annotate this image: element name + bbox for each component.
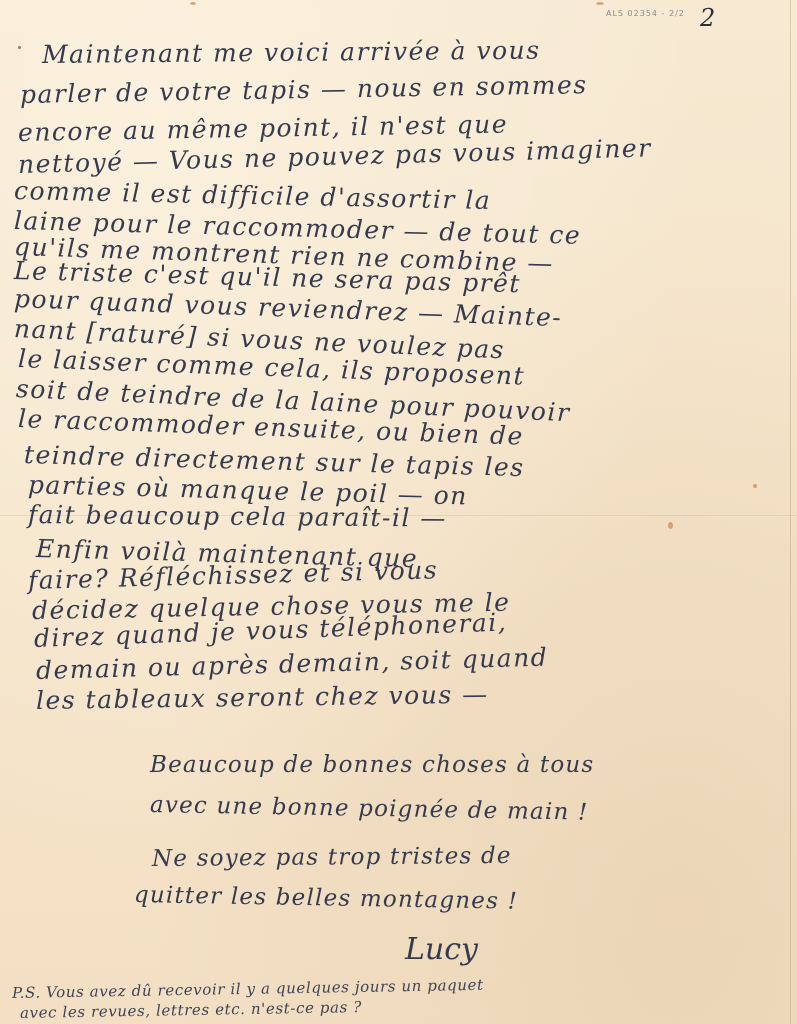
rust-stain bbox=[668, 522, 673, 529]
signature: Lucy bbox=[405, 932, 478, 967]
rust-stain bbox=[753, 484, 757, 488]
archive-reference: ALS 02354 - 2/2 bbox=[606, 9, 685, 18]
paper-fold-vertical bbox=[790, 0, 791, 1024]
page-number: 2 bbox=[700, 4, 715, 32]
closing-line: Beaucoup de bonnes choses à tous bbox=[150, 752, 594, 778]
closing-line: Ne soyez pas trop tristes de bbox=[152, 843, 512, 872]
body-line: fait beaucoup cela paraît-il — bbox=[28, 500, 447, 533]
rust-stain bbox=[596, 2, 604, 5]
body-line: Maintenant me voici arrivée à vous bbox=[42, 36, 541, 69]
rust-stain bbox=[190, 2, 196, 5]
rust-stain bbox=[18, 46, 21, 49]
